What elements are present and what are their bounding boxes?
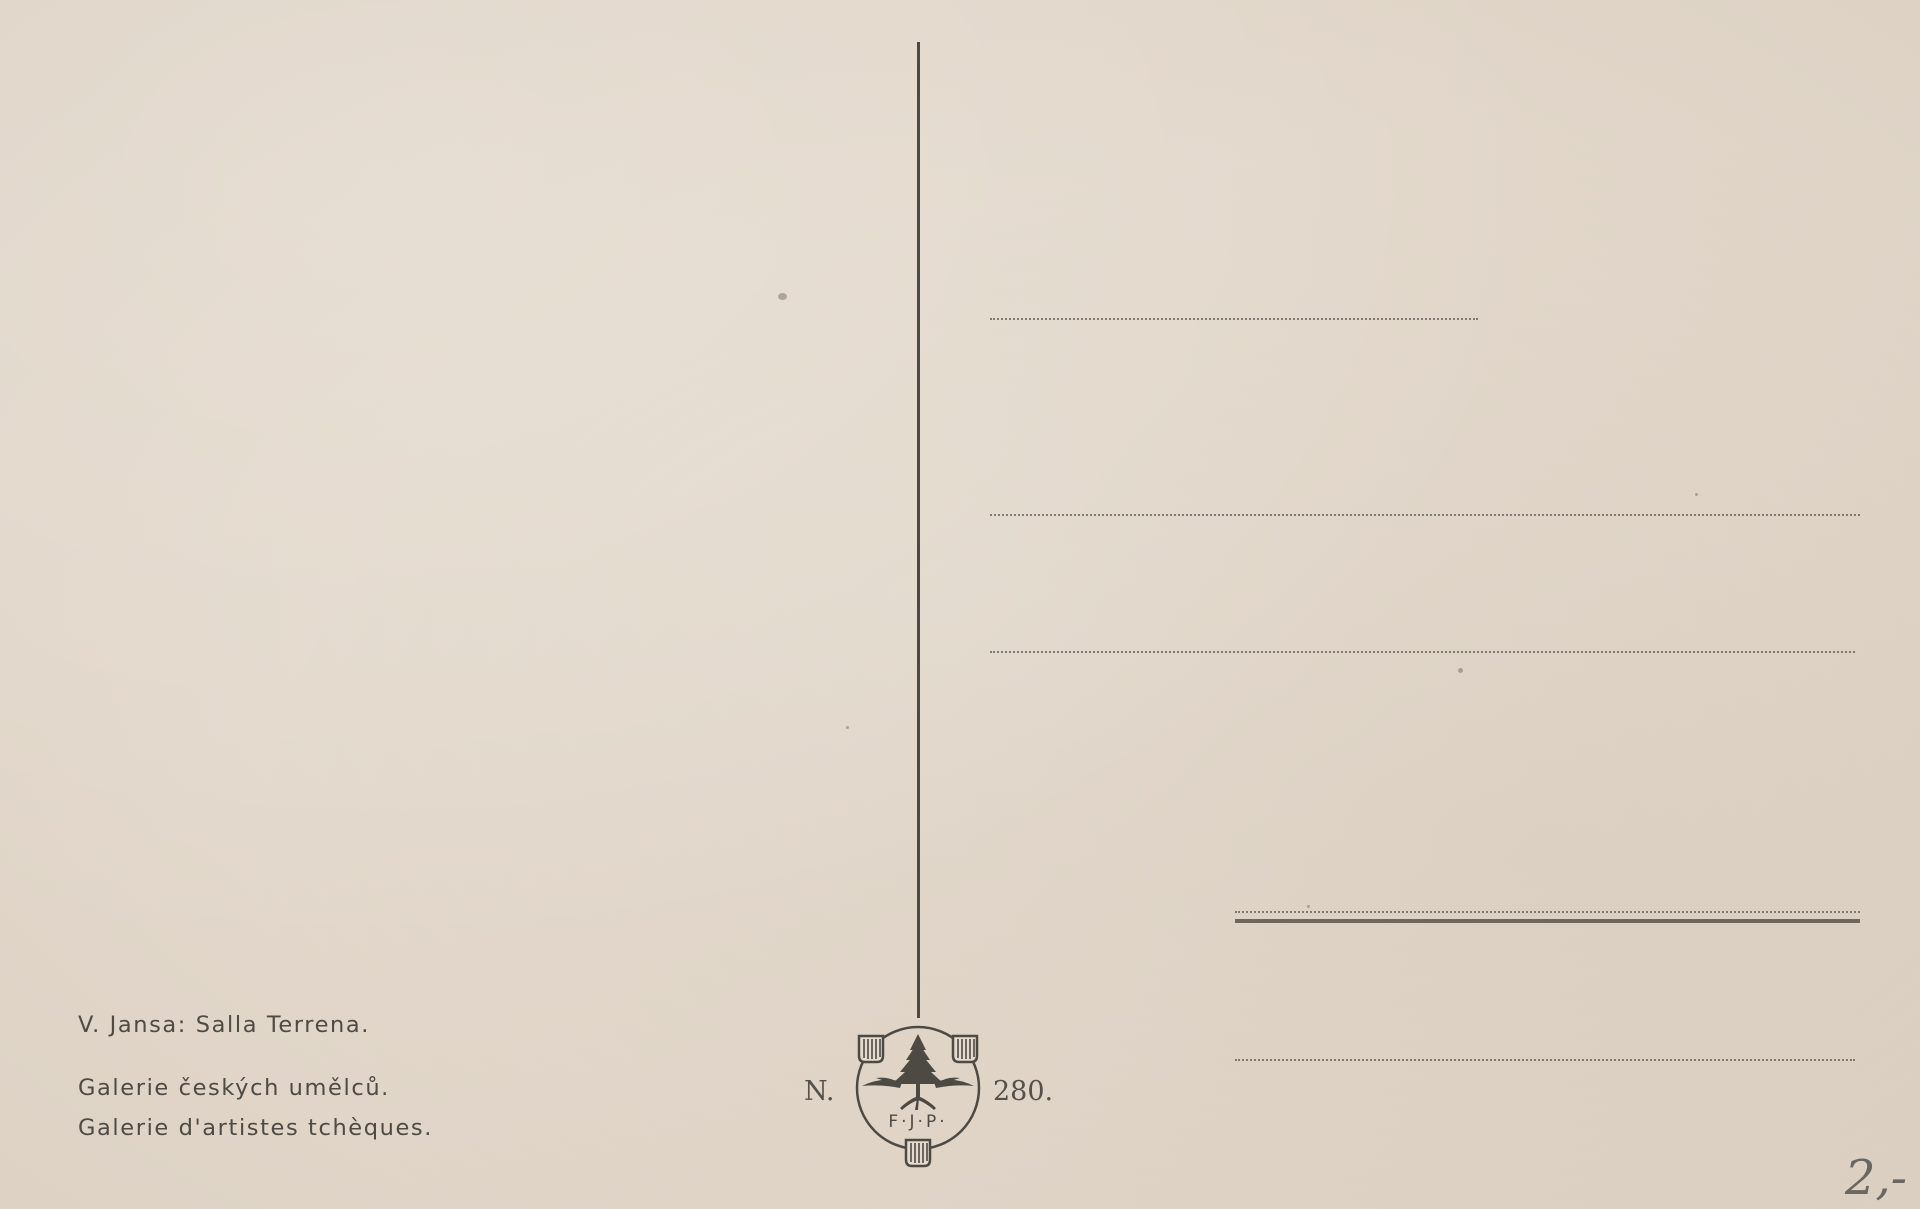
paper-speck [1458,668,1463,673]
paper-speck [1695,493,1698,496]
address-underline-solid [1235,919,1860,923]
paper-speck [778,293,787,300]
handwritten-price: 2,- [1845,1150,1907,1206]
card-number-value: 280. [993,1076,1053,1107]
postcard-back: V. Jansa: Salla Terrena. Galerie českých… [0,0,1920,1209]
card-number-prefix: N. [804,1076,834,1107]
vertical-divider-line [917,42,920,1018]
paper-speck [846,726,849,729]
address-line-3 [990,651,1855,653]
fir-tree-emblem-icon: F·J·P· [848,1022,988,1172]
series-name-french: Galerie d'artistes tchèques. [78,1115,433,1141]
address-line-4 [1235,911,1860,913]
address-line-2 [990,514,1860,516]
publisher-monogram: F·J·P· [888,1112,947,1132]
series-name-czech: Galerie českých umělců. [78,1075,390,1101]
publisher-emblem: F·J·P· [848,1022,988,1172]
paper-speck [1307,905,1310,908]
address-line-1 [990,318,1478,320]
artwork-title: V. Jansa: Salla Terrena. [78,1012,370,1038]
address-line-5 [1235,1059,1855,1061]
